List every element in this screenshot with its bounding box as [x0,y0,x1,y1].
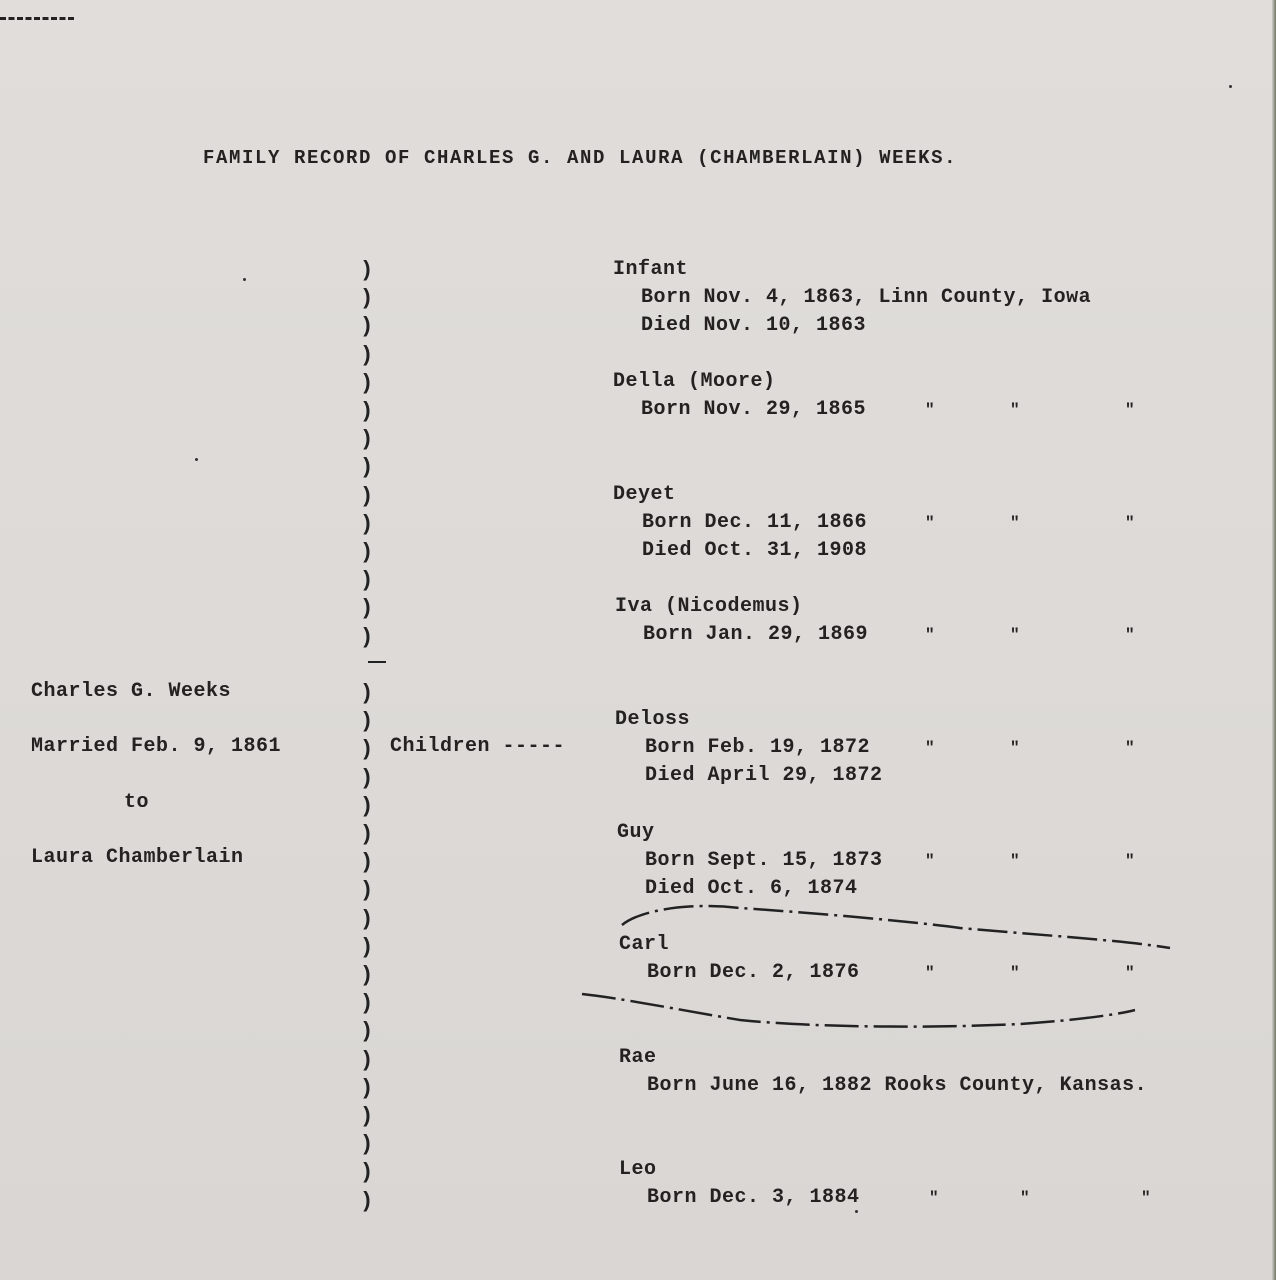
speck [243,278,246,281]
speck [195,458,198,461]
circle-annotation [0,0,1276,1280]
speck [1229,85,1232,88]
speck [855,1210,858,1213]
